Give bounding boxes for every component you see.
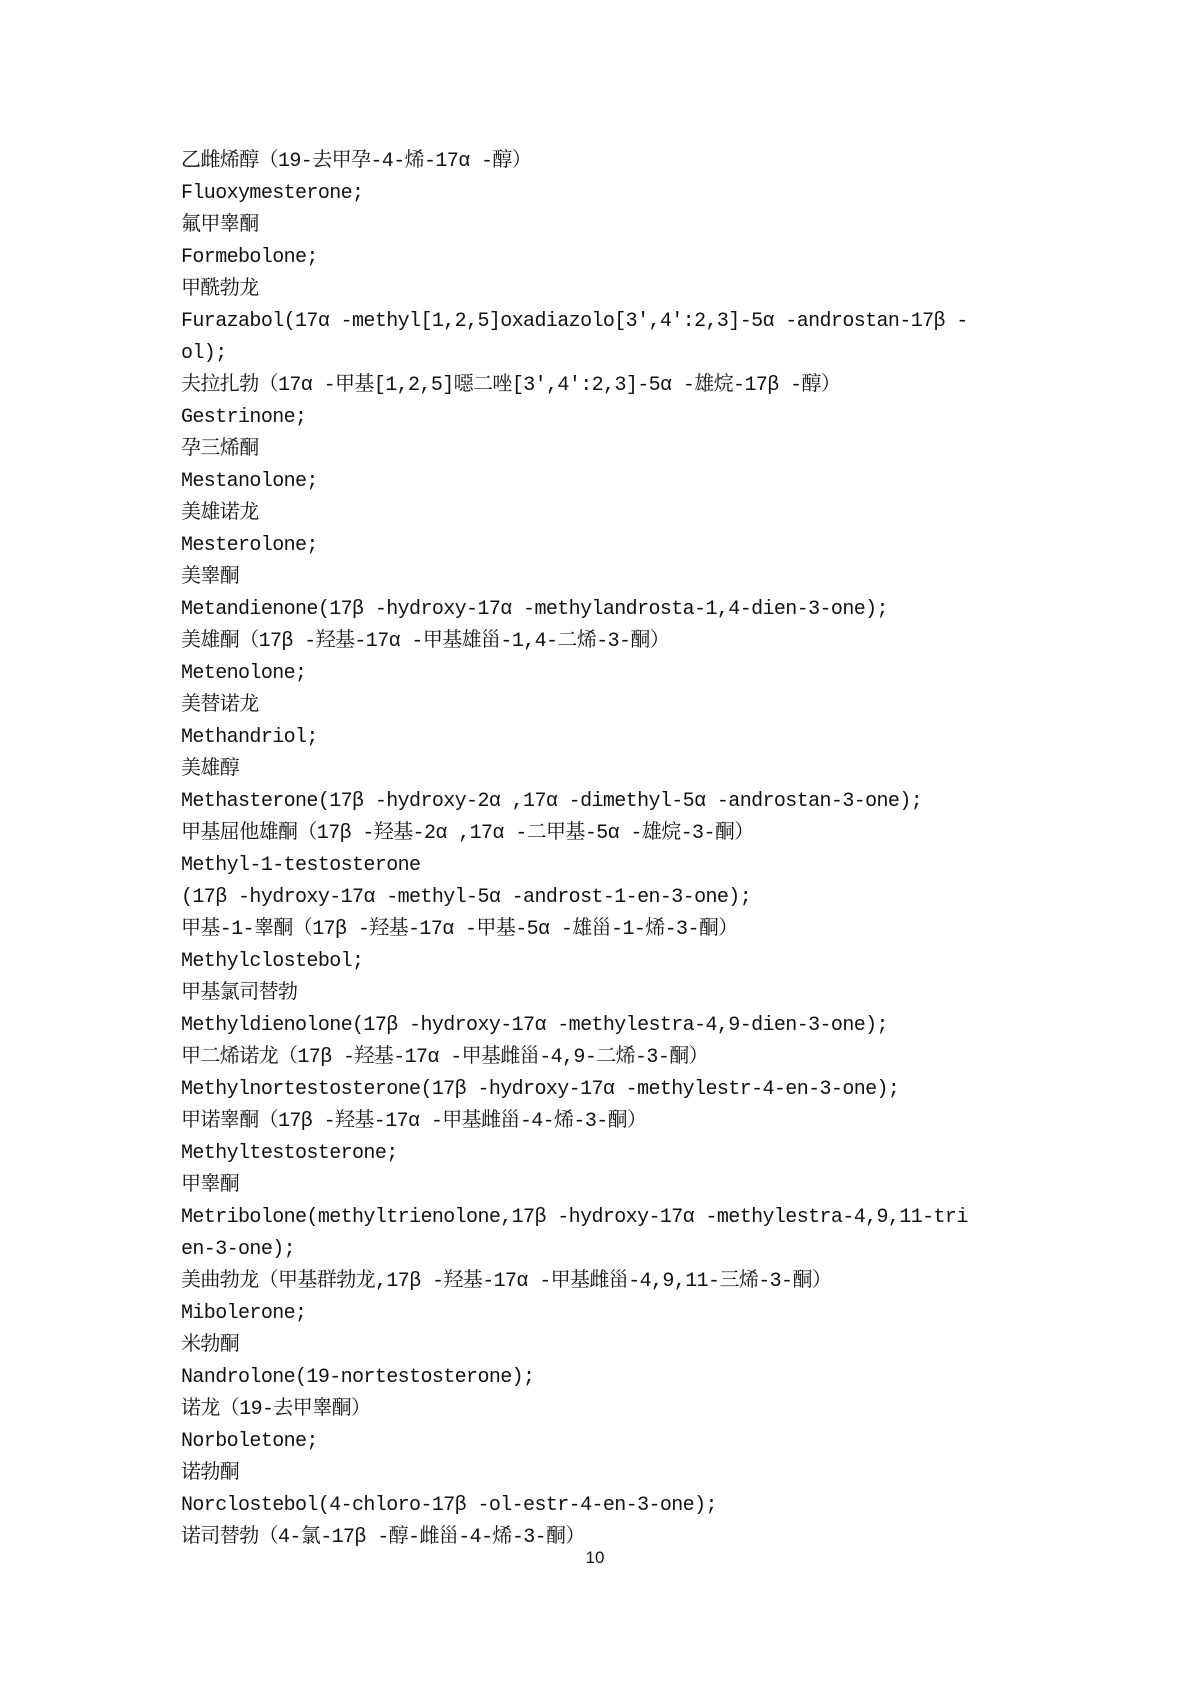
text-line: 美雄醇 [181, 754, 1021, 786]
text-line: Gestrinone; [181, 402, 1021, 434]
text-line: 氟甲睾酮 [181, 210, 1021, 242]
text-line: 甲二烯诺龙（17β -羟基-17α -甲基雌甾-4,9-二烯-3-酮） [181, 1042, 1021, 1074]
text-line: (17β -hydroxy-17α -methyl-5α -androst-1-… [181, 882, 1021, 914]
text-line: 美雄诺龙 [181, 498, 1021, 530]
text-line: 诺龙（19-去甲睾酮） [181, 1394, 1021, 1426]
text-line: 美雄酮（17β -羟基-17α -甲基雄甾-1,4-二烯-3-酮） [181, 626, 1021, 658]
text-line: Methylnortestosterone(17β -hydroxy-17α -… [181, 1074, 1021, 1106]
text-line: Metandienone(17β -hydroxy-17α -methyland… [181, 594, 1021, 626]
text-line: Methylclostebol; [181, 946, 1021, 978]
text-line: 甲基氯司替勃 [181, 978, 1021, 1010]
text-line: 孕三烯酮 [181, 434, 1021, 466]
text-line: 甲睾酮 [181, 1170, 1021, 1202]
text-line: Nandrolone(19-nortestosterone); [181, 1362, 1021, 1394]
text-line: Methyltestosterone; [181, 1138, 1021, 1170]
text-line: Methyl-1-testosterone [181, 850, 1021, 882]
text-line: 美替诺龙 [181, 690, 1021, 722]
text-line: Metribolone(methyltrienolone,17β -hydrox… [181, 1202, 1021, 1234]
text-line: Methyldienolone(17β -hydroxy-17α -methyl… [181, 1010, 1021, 1042]
text-line: Norclostebol(4-chloro-17β -ol-estr-4-en-… [181, 1490, 1021, 1522]
text-line: Metenolone; [181, 658, 1021, 690]
text-line: 美曲勃龙（甲基群勃龙,17β -羟基-17α -甲基雌甾-4,9,11-三烯-3… [181, 1266, 1021, 1298]
text-line: Methasterone(17β -hydroxy-2α ,17α -dimet… [181, 786, 1021, 818]
text-line: 甲基-1-睾酮（17β -羟基-17α -甲基-5α -雄甾-1-烯-3-酮） [181, 914, 1021, 946]
text-line: ol); [181, 338, 1021, 370]
document-body: 乙雌烯醇（19-去甲孕-4-烯-17α -醇） Fluoxymesterone;… [181, 146, 1021, 1554]
text-line: Mesterolone; [181, 530, 1021, 562]
text-line: Fluoxymesterone; [181, 178, 1021, 210]
text-line: Mestanolone; [181, 466, 1021, 498]
page-number: 10 [0, 1548, 1190, 1568]
text-line: en-3-one); [181, 1234, 1021, 1266]
text-line: 甲诺睾酮（17β -羟基-17α -甲基雌甾-4-烯-3-酮） [181, 1106, 1021, 1138]
text-line: Norboletone; [181, 1426, 1021, 1458]
text-line: Methandriol; [181, 722, 1021, 754]
text-line: 米勃酮 [181, 1330, 1021, 1362]
text-line: 甲酰勃龙 [181, 274, 1021, 306]
text-line: Formebolone; [181, 242, 1021, 274]
text-line: Furazabol(17α -methyl[1,2,5]oxadiazolo[3… [181, 306, 1021, 338]
text-line: 美睾酮 [181, 562, 1021, 594]
text-line: 乙雌烯醇（19-去甲孕-4-烯-17α -醇） [181, 146, 1021, 178]
text-line: 诺勃酮 [181, 1458, 1021, 1490]
text-line: 甲基屈他雄酮（17β -羟基-2α ,17α -二甲基-5α -雄烷-3-酮） [181, 818, 1021, 850]
text-line: 夫拉扎勃（17α -甲基[1,2,5]噁二唑[3',4':2,3]-5α -雄烷… [181, 370, 1021, 402]
document-page: 乙雌烯醇（19-去甲孕-4-烯-17α -醇） Fluoxymesterone;… [0, 0, 1190, 1683]
text-line: Mibolerone; [181, 1298, 1021, 1330]
